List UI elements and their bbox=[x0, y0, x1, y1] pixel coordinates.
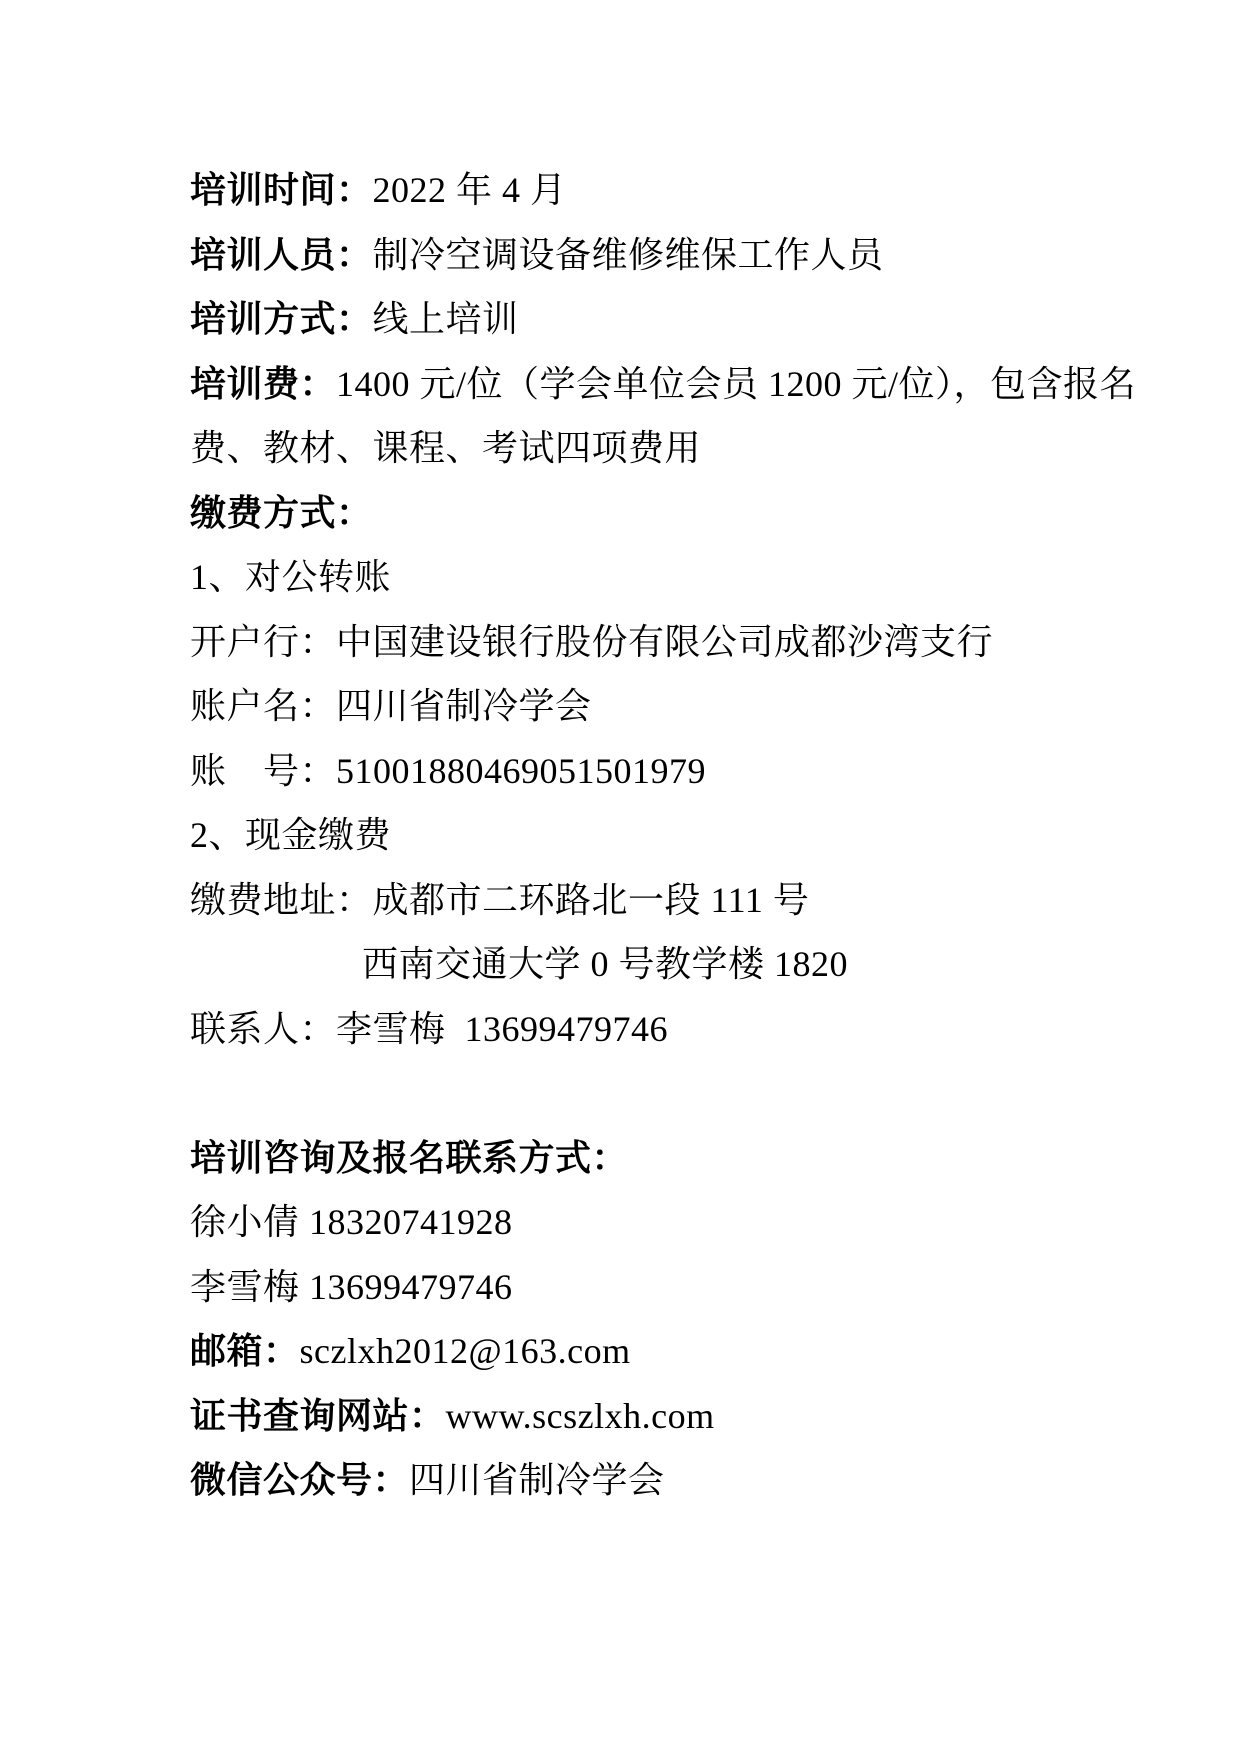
line-training-fee-continuation: 费、教材、课程、考试四项费用 bbox=[190, 416, 1170, 481]
item-cash-payment-value: 2、现金缴费 bbox=[190, 815, 391, 855]
email-label: 邮箱： bbox=[190, 1331, 300, 1371]
line-contact-person: 联系人：李雪梅 13699479746 bbox=[190, 997, 1170, 1062]
account-number-value: 账 号：51001880469051501979 bbox=[190, 751, 706, 791]
document-body: 培训时间：2022 年 4 月 培训人员：制冷空调设备维修维保工作人员 培训方式… bbox=[190, 158, 1170, 1513]
contact-person-value: 联系人：李雪梅 13699479746 bbox=[190, 1009, 668, 1049]
account-name-value: 账户名：四川省制冷学会 bbox=[190, 686, 592, 726]
line-email: 邮箱：sczlxh2012@163.com bbox=[190, 1319, 1170, 1384]
line-wechat-account: 微信公众号：四川省制冷学会 bbox=[190, 1448, 1170, 1513]
item-bank-transfer-value: 1、对公转账 bbox=[190, 557, 391, 597]
training-staff-label: 培训人员： bbox=[190, 235, 373, 275]
line-item-bank-transfer: 1、对公转账 bbox=[190, 545, 1170, 610]
line-bank-name: 开户行：中国建设银行股份有限公司成都沙湾支行 bbox=[190, 610, 1170, 675]
cert-website-label: 证书查询网站： bbox=[190, 1396, 446, 1436]
line-payment-address-continuation: 西南交通大学 0 号教学楼 1820 bbox=[190, 932, 1170, 997]
training-fee-continuation-value: 费、教材、课程、考试四项费用 bbox=[190, 428, 701, 468]
line-payment-address: 缴费地址：成都市二环路北一段 111 号 bbox=[190, 868, 1170, 933]
line-cert-website: 证书查询网站：www.scszlxh.com bbox=[190, 1384, 1170, 1449]
training-fee-value: 1400 元/位（学会单位会员 1200 元/位），包含报名 bbox=[336, 364, 1136, 404]
line-account-name: 账户名：四川省制冷学会 bbox=[190, 674, 1170, 739]
contact-xu-xiaoqian-value: 徐小倩 18320741928 bbox=[190, 1202, 513, 1242]
training-time-value: 2022 年 4 月 bbox=[373, 170, 567, 210]
training-fee-label: 培训费： bbox=[190, 364, 336, 404]
line-payment-method-heading: 缴费方式： bbox=[190, 481, 1170, 546]
payment-address-continuation-value: 西南交通大学 0 号教学楼 1820 bbox=[362, 944, 848, 984]
line-contact-heading: 培训咨询及报名联系方式： bbox=[190, 1126, 1170, 1191]
wechat-account-value: 四川省制冷学会 bbox=[409, 1460, 665, 1500]
contact-li-xuemei-value: 李雪梅 13699479746 bbox=[190, 1267, 513, 1307]
payment-address-value: 缴费地址：成都市二环路北一段 111 号 bbox=[190, 880, 809, 920]
contact-heading-label: 培训咨询及报名联系方式： bbox=[190, 1138, 628, 1178]
line-contact-xu-xiaoqian: 徐小倩 18320741928 bbox=[190, 1190, 1170, 1255]
line-account-number: 账 号：51001880469051501979 bbox=[190, 739, 1170, 804]
email-value: sczlxh2012@163.com bbox=[300, 1331, 631, 1371]
cert-website-value: www.scszlxh.com bbox=[446, 1396, 715, 1436]
line-training-staff: 培训人员：制冷空调设备维修维保工作人员 bbox=[190, 223, 1170, 288]
blank-line bbox=[190, 1061, 1170, 1126]
training-staff-value: 制冷空调设备维修维保工作人员 bbox=[373, 235, 884, 275]
line-training-fee: 培训费：1400 元/位（学会单位会员 1200 元/位），包含报名 bbox=[190, 352, 1170, 417]
line-training-time: 培训时间：2022 年 4 月 bbox=[190, 158, 1170, 223]
line-item-cash-payment: 2、现金缴费 bbox=[190, 803, 1170, 868]
bank-name-value: 开户行：中国建设银行股份有限公司成都沙湾支行 bbox=[190, 622, 993, 662]
line-contact-li-xuemei: 李雪梅 13699479746 bbox=[190, 1255, 1170, 1320]
line-training-method: 培训方式：线上培训 bbox=[190, 287, 1170, 352]
training-method-label: 培训方式： bbox=[190, 299, 373, 339]
wechat-account-label: 微信公众号： bbox=[190, 1460, 409, 1500]
payment-method-heading-label: 缴费方式： bbox=[190, 493, 373, 533]
document-page: 培训时间：2022 年 4 月 培训人员：制冷空调设备维修维保工作人员 培训方式… bbox=[0, 0, 1240, 1753]
training-time-label: 培训时间： bbox=[190, 170, 373, 210]
training-method-value: 线上培训 bbox=[373, 299, 519, 339]
